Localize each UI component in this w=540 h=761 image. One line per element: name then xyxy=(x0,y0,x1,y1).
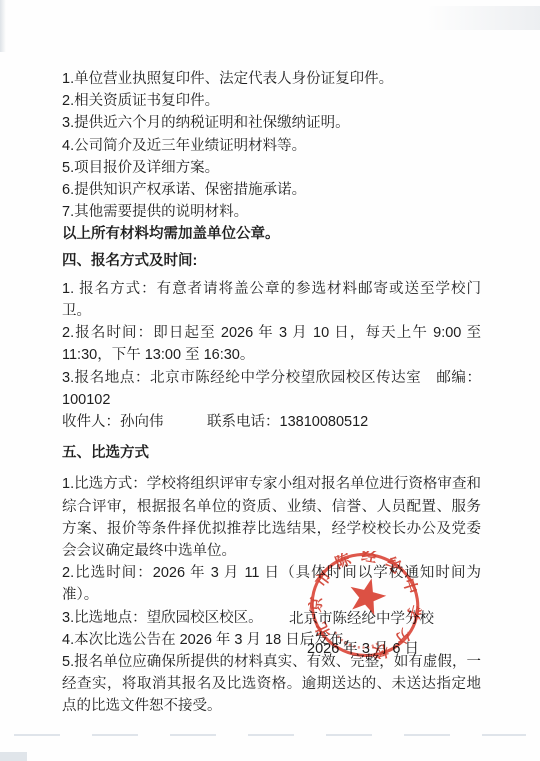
material-item: 6.提供知识产权承诺、保密措施承诺。 xyxy=(62,179,481,201)
registration-address: 3.报名地点：北京市陈经纶中学分校望欣园校区传达室 邮编：100102 xyxy=(62,367,481,411)
scan-artifact-bottom-line xyxy=(14,734,526,736)
registration-method: 1. 报名方式：有意者请将盖公章的参选材料邮寄或送至学校门卫。 xyxy=(62,278,481,322)
scan-artifact-top-right xyxy=(425,6,540,30)
material-item: 7.其他需要提供的说明材料。 xyxy=(62,201,481,223)
scanned-document-page: 1.单位营业执照复印件、法定代表人身份证复印件。 2.相关资质证书复印件。 3.… xyxy=(0,0,540,761)
selection-disclaimer: 5.报名单位应确保所提供的材料真实、有效、完整，如有虚假，一经查实，将取消其报名… xyxy=(62,651,481,718)
official-seal-stamp-icon: 北京市陈经纶中学分校 xyxy=(308,551,422,659)
section-heading-registration: 四、报名方式及时间: xyxy=(62,250,481,272)
seal-circular-text: 北京市陈经纶中学分校 xyxy=(308,551,422,659)
registration-time: 2.报名时间：即日起至 2026 年 3 月 10 日，每天上午 9:00 至 … xyxy=(62,322,481,366)
registration-contact: 收件人：孙向伟 联系电话：13810080512 xyxy=(62,411,481,433)
material-item: 3.提供近六个月的纳税证明和社保缴纳证明。 xyxy=(62,112,481,134)
section-heading-selection: 五、比选方式 xyxy=(62,442,481,464)
material-item: 1.单位营业执照复印件、法定代表人身份证复印件。 xyxy=(62,68,481,90)
material-item: 2.相关资质证书复印件。 xyxy=(62,90,481,112)
selection-method: 1.比选方式：学校将组织评审专家小组对报名单位进行资格审查和综合评审，根据报名单… xyxy=(62,473,481,562)
seal-star-icon xyxy=(345,574,389,617)
materials-stamp-note: 以上所有材料均需加盖单位公章。 xyxy=(62,223,481,245)
material-item: 4.公司简介及近三年业绩证明材料等。 xyxy=(62,135,481,157)
scan-artifact-bottom-corner xyxy=(0,752,27,761)
material-item: 5.项目报价及详细方案。 xyxy=(62,157,481,179)
scan-artifact-left-edge xyxy=(0,0,6,52)
svg-text:北京市陈经纶中学分校: 北京市陈经纶中学分校 xyxy=(308,551,422,659)
